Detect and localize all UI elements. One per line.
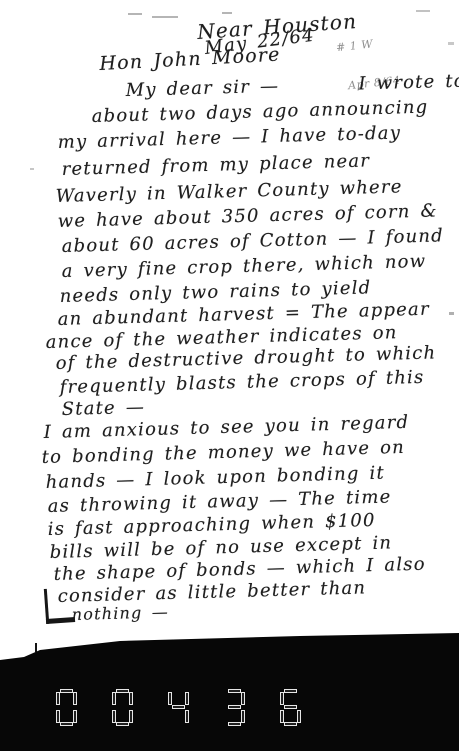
scan-artifact: [222, 12, 232, 14]
letter-line: nothing —: [71, 601, 169, 625]
ink-tick-mark: [35, 643, 37, 652]
digit-segment: [56, 710, 60, 723]
digit-segment: [73, 710, 77, 723]
digit-segment: [172, 705, 185, 709]
counter-digit: [224, 689, 246, 727]
letter-line: State —: [61, 397, 145, 420]
corner-bracket-mark: [44, 587, 75, 624]
counter-digit: [56, 689, 78, 727]
digit-segment: [228, 705, 241, 709]
digit-segment: [168, 692, 172, 705]
digit-segment: [297, 710, 301, 723]
digit-segment: [228, 722, 241, 726]
counter-digit: [280, 689, 302, 727]
letter-line: returned from my place near: [61, 150, 370, 180]
digit-segment: [185, 710, 189, 723]
counter-digit: [112, 689, 134, 727]
digit-segment: [129, 692, 133, 705]
digit-segment: [116, 689, 129, 693]
digit-segment: [60, 722, 73, 726]
scanned-letter-page: Near Houston # 1 W Apr 8/64 May 22/64 Ho…: [0, 0, 459, 751]
scan-artifact: [128, 13, 142, 15]
digit-segment: [73, 692, 77, 705]
digit-segment: [280, 692, 284, 705]
digit-segment: [116, 722, 129, 726]
frame-counter: [56, 689, 356, 729]
digit-segment: [284, 722, 297, 726]
digit-segment: [284, 705, 297, 709]
letter-line: a very fine crop there, which now: [61, 251, 426, 282]
letter-line: my arrival here — I have to-day: [57, 122, 401, 153]
digit-segment: [129, 710, 133, 723]
digit-segment: [56, 692, 60, 705]
scan-artifact: [449, 312, 454, 315]
digit-segment: [241, 692, 245, 705]
pencil-annotation-line1: # 1 W: [335, 35, 396, 54]
digit-segment: [241, 710, 245, 723]
digit-segment: [60, 689, 73, 693]
digit-segment: [185, 692, 189, 705]
digit-segment: [112, 692, 116, 705]
scan-artifact: [416, 10, 430, 12]
digit-segment: [284, 689, 297, 693]
letter-recipient-line: Hon John Moore: [99, 45, 281, 75]
counter-digit: [168, 689, 190, 727]
scan-artifact: [30, 168, 34, 170]
digit-segment: [112, 710, 116, 723]
scan-artifact: [152, 16, 178, 18]
scan-artifact: [448, 42, 454, 45]
microfilm-band: [0, 630, 459, 751]
digit-segment: [228, 689, 241, 693]
